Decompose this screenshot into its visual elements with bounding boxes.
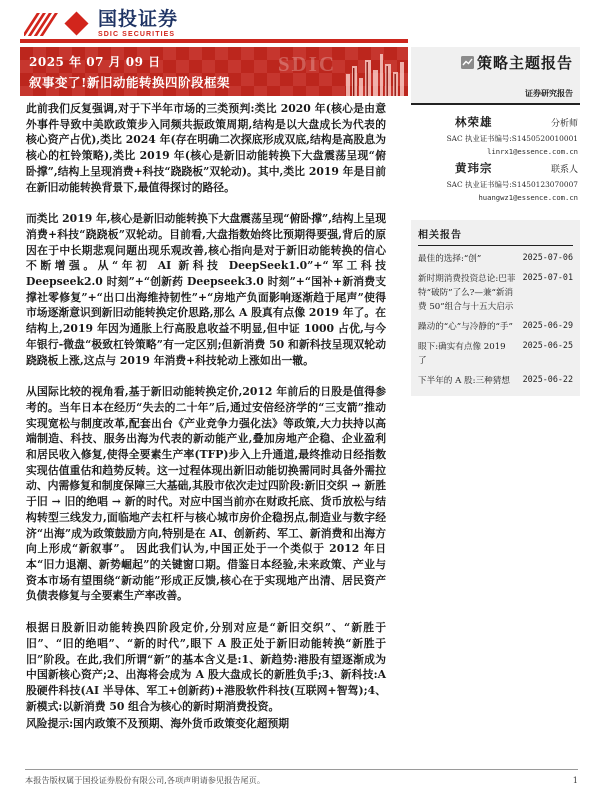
analyst-email: huangwz1@essence.com.cn <box>413 193 578 202</box>
sdic-watermark: SDIC <box>278 52 336 77</box>
related-report-date: 2025-06-29 <box>523 320 573 334</box>
main-column: 2025 年 07 月 09 日 叙事变了!新旧动能转换四阶段框架 SDIC <box>20 47 408 732</box>
related-report-title: 眼下:确实有点像 2019 了 <box>418 340 517 368</box>
analyst-role: 分析师 <box>551 116 578 129</box>
report-type-label: 策略主题报告 <box>477 52 573 73</box>
paragraph-2: 而类比 2019 年,核心是新旧动能转换下大盘震荡呈现“俯卧撑”,结构上呈现消费… <box>26 211 386 368</box>
analyst-row: 黄玮宗 联系人 <box>413 160 578 176</box>
content: 2025 年 07 月 09 日 叙事变了!新旧动能转换四阶段框架 SDIC <box>20 47 580 732</box>
header: 国投证券 SDIC SECURITIES <box>0 0 600 36</box>
analyst-role: 联系人 <box>551 162 578 175</box>
related-report-item: 眼下:确实有点像 2019 了 2025-06-25 <box>418 340 573 368</box>
paragraph-3: 从国际比较的视角看,基于新旧动能转换定价,2012 年前后的日股是值得参考的。当… <box>26 384 386 604</box>
brand-name-en: SDIC SECURITIES <box>98 31 178 38</box>
analyst-email: linrx1@essence.com.cn <box>413 147 578 156</box>
abstract-body: 此前我们反复强调,对于下半年市场的三类预判:类比 2020 年(核心是由意外事件… <box>20 96 408 732</box>
related-report-title: 下半年的 A 股:三种猜想 <box>418 374 517 388</box>
report-type-box: 策略主题报告 证券研究报告 <box>411 47 580 105</box>
analyst-block: 林荣雄 分析师 SAC 执业证书编号:S1450520010001 linrx1… <box>411 105 580 212</box>
related-report-item: 下半年的 A 股:三种猜想 2025-06-22 <box>418 374 573 388</box>
title-banner: 2025 年 07 月 09 日 叙事变了!新旧动能转换四阶段框架 SDIC <box>20 47 408 96</box>
related-report-date: 2025-07-01 <box>523 272 573 314</box>
related-report-date: 2025-06-25 <box>523 340 573 368</box>
related-report-title: 躁动的“心”与冷静的“手” <box>418 320 517 334</box>
sidebar: 策略主题报告 证券研究报告 林荣雄 分析师 SAC 执业证书编号:S145052… <box>411 47 580 732</box>
paragraph-1: 此前我们反复强调,对于下半年市场的三类预判:类比 2020 年(核心是由意外事件… <box>26 101 386 195</box>
related-report-date: 2025-07-06 <box>523 252 573 266</box>
related-report-item: 新时期消费投资总论:巴菲特“破防”了么?—兼“新消费 50”组合与十五大启示 2… <box>418 272 573 314</box>
analyst-name: 黄玮宗 <box>455 160 493 176</box>
sdic-logo-icon <box>24 8 92 40</box>
related-report-item: 躁动的“心”与冷静的“手” 2025-06-29 <box>418 320 573 334</box>
related-report-item: 最佳的选择:“创” 2025-07-06 <box>418 252 573 266</box>
analyst-row: 林荣雄 分析师 <box>413 114 578 130</box>
related-reports-title: 相关报告 <box>418 226 573 246</box>
report-category-label: 证券研究报告 <box>418 88 573 99</box>
related-report-date: 2025-06-22 <box>523 374 573 388</box>
analyst-sac-number: SAC 执业证书编号:S1450123070007 <box>413 179 578 190</box>
related-reports-box: 相关报告 最佳的选择:“创” 2025-07-06 新时期消费投资总论:巴菲特“… <box>411 220 580 396</box>
related-report-title: 新时期消费投资总论:巴菲特“破防”了么?—兼“新消费 50”组合与十五大启示 <box>418 272 517 314</box>
analyst-sac-number: SAC 执业证书编号:S1450520010001 <box>413 133 578 144</box>
research-report-page: 国投证券 SDIC SECURITIES 2025 年 07 月 09 日 叙事… <box>0 0 600 800</box>
page-footer: 本报告版权属于国投证券股份有限公司,各项声明请参见报告尾页。 1 <box>25 769 578 786</box>
analyst-name: 林荣雄 <box>455 114 493 130</box>
page-number: 1 <box>573 775 578 786</box>
city-skyline-icon <box>344 52 406 96</box>
footer-disclaimer: 本报告版权属于国投证券股份有限公司,各项声明请参见报告尾页。 <box>25 775 265 786</box>
risk-warning: 风险提示:国内政策不及预期、海外货币政策变化超预期 <box>26 716 386 732</box>
logo-text: 国投证券 SDIC SECURITIES <box>98 10 178 38</box>
paragraph-4: 根据日股新旧动能转换四阶段定价,分别对应是“新旧交织”、“新胜于旧”、“旧的绝唱… <box>26 620 386 714</box>
related-report-title: 最佳的选择:“创” <box>418 252 517 266</box>
sdic-logo: 国投证券 SDIC SECURITIES <box>24 8 600 40</box>
chart-icon <box>461 56 474 69</box>
brand-name-cn: 国投证券 <box>98 10 178 29</box>
